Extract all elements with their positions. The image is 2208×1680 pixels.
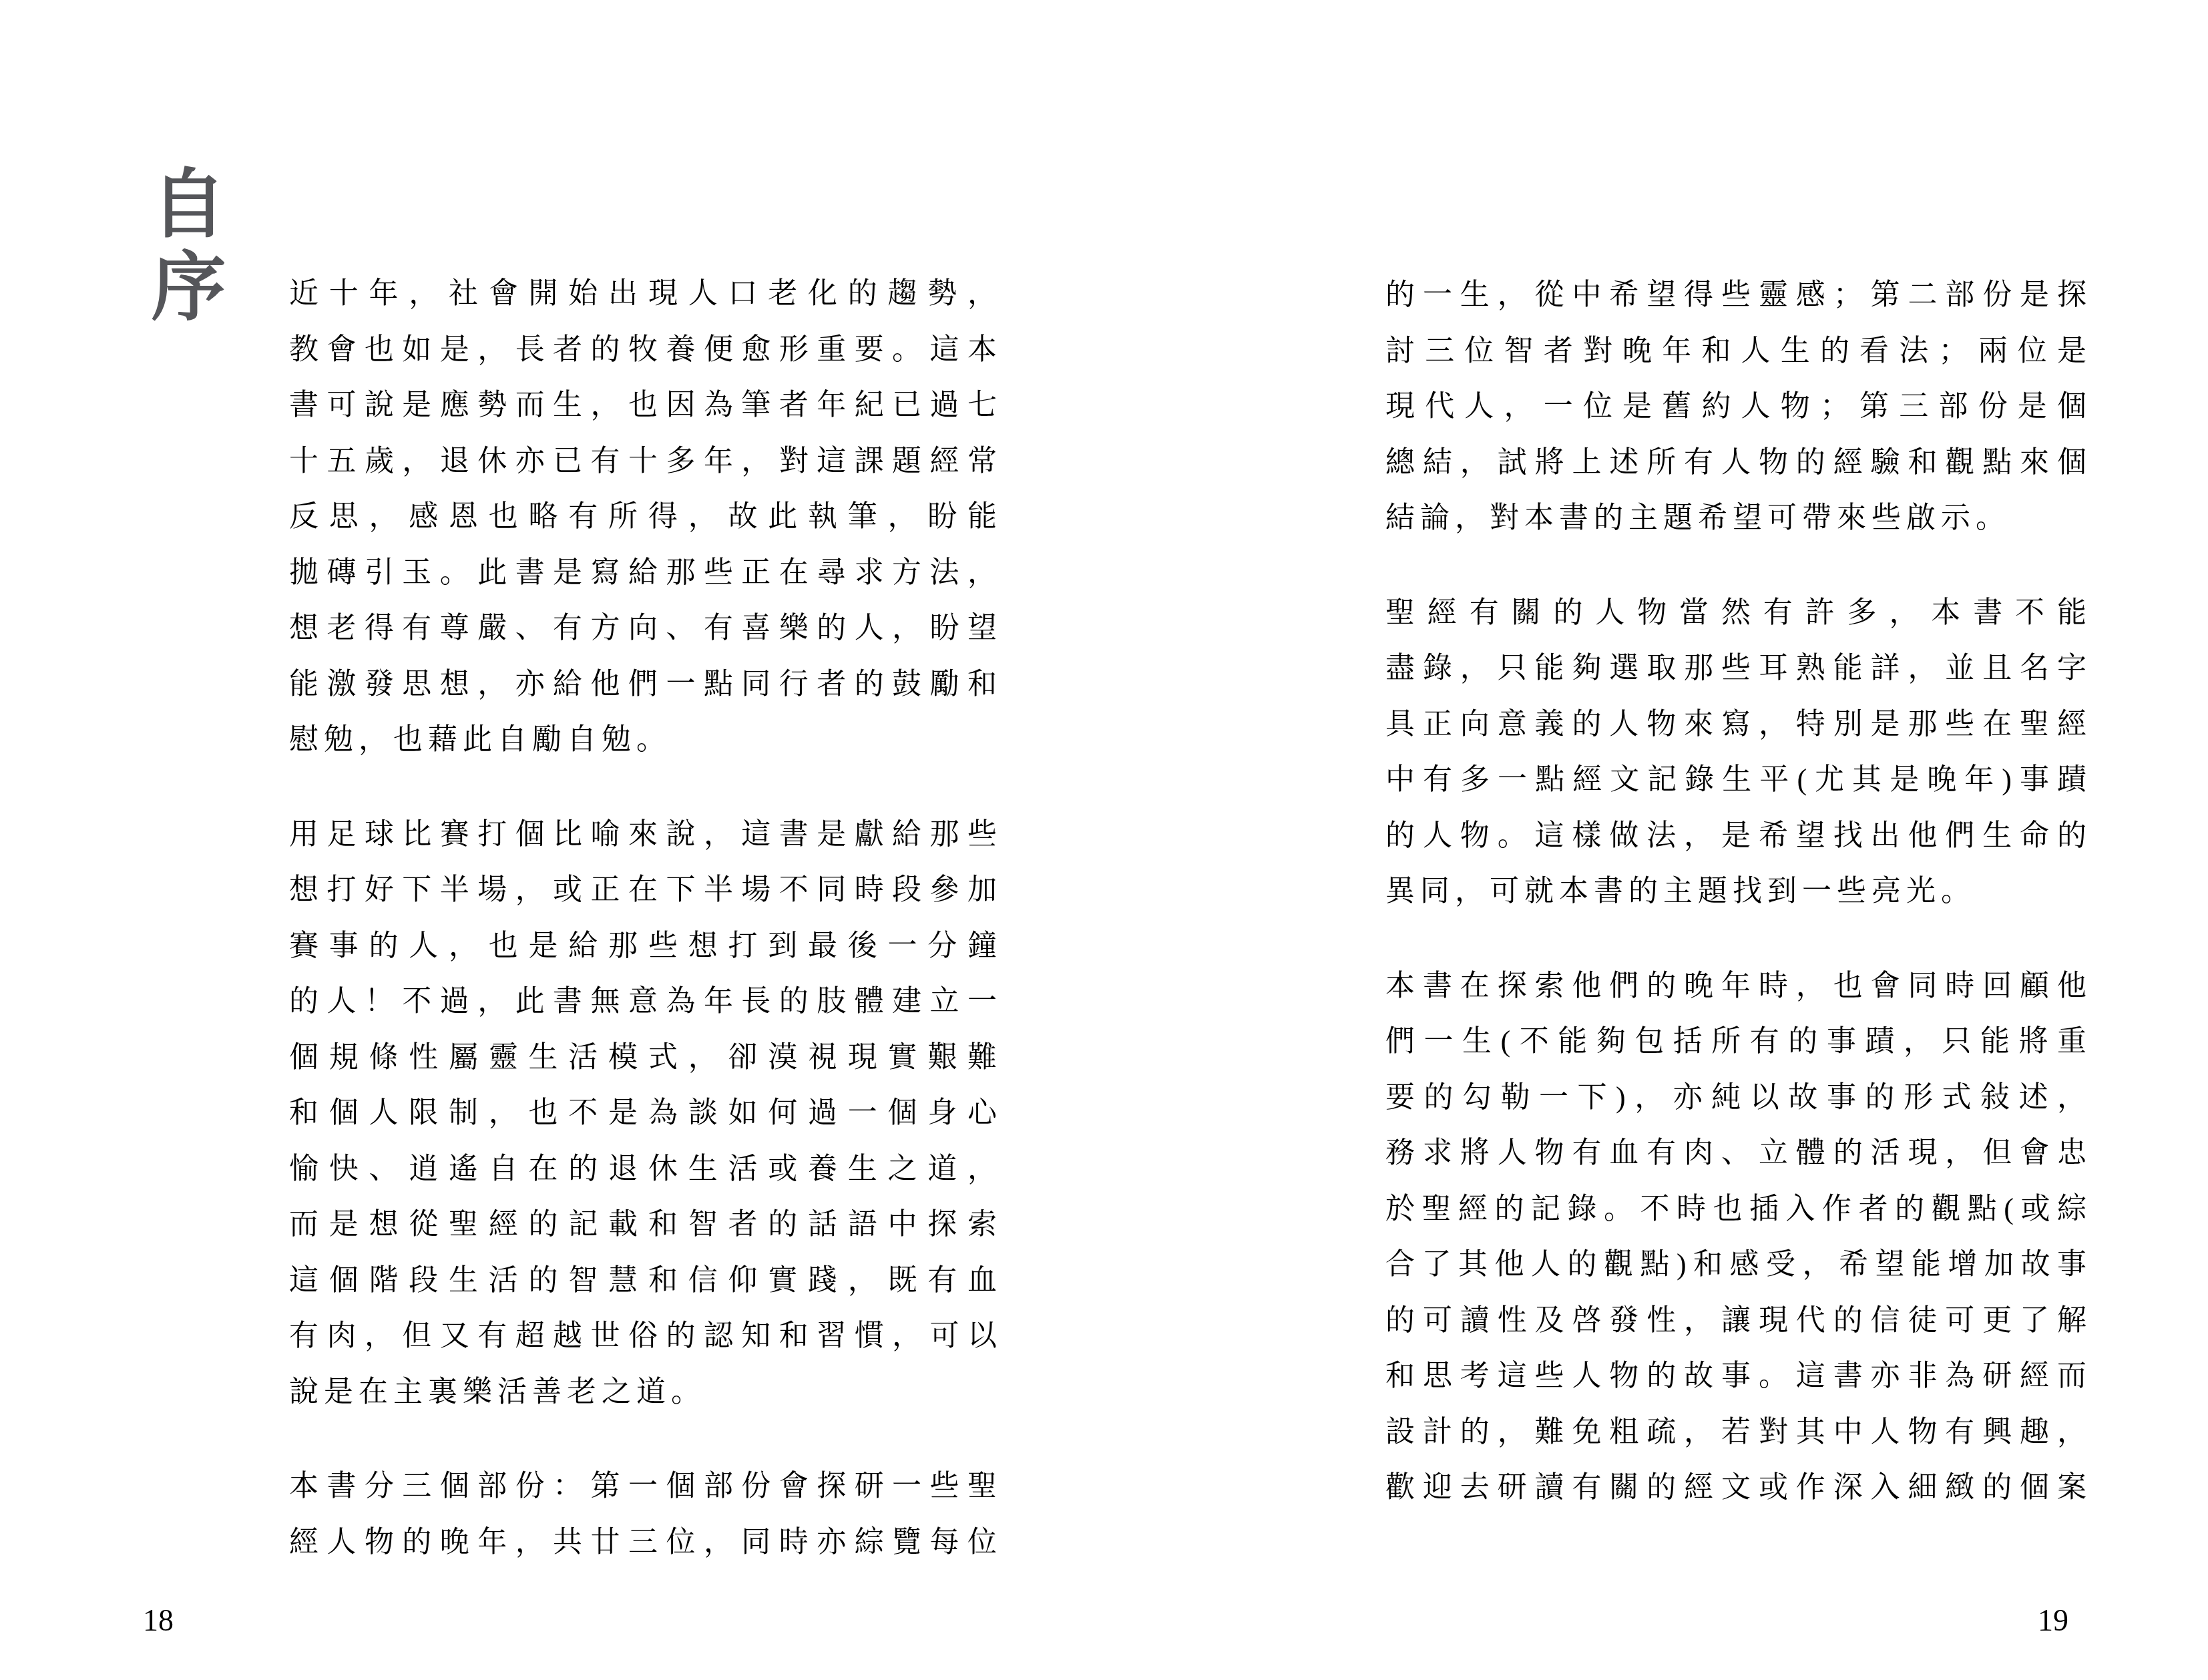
left-page-text-column: 近十年，社會開始出現人口老化的趨勢，教會也如是，長者的牧養便愈形重要。這本書可說… xyxy=(289,266,1002,1570)
paragraph: 本書在探索他們的晚年時，也會同時回顧他們一生(不能夠包括所有的事蹟，只能將重要的… xyxy=(1385,958,2092,1516)
text-line: 現代人，一位是舊約人物；第三部份是個 xyxy=(1385,379,2092,435)
text-line: 異同，可就本書的主題找到一些亮光。 xyxy=(1385,863,2092,919)
book-spread: 自序 近十年，社會開始出現人口老化的趨勢，教會也如是，長者的牧養便愈形重要。這本… xyxy=(0,0,2208,1680)
paragraph: 用足球比賽打個比喻來說，這書是獻給那些想打好下半場，或正在下半場不同時段參加賽事… xyxy=(289,807,1002,1420)
text-line: 用足球比賽打個比喻來說，這書是獻給那些 xyxy=(289,807,1002,863)
text-line: 合了其他人的觀點)和感受，希望能增加故事 xyxy=(1385,1237,2092,1293)
text-line: 中有多一點經文記錄生平(尤其是晚年)事蹟 xyxy=(1385,752,2092,808)
text-line: 的人！不過，此書無意為年長的肢體建立一 xyxy=(289,974,1002,1030)
text-line: 想老得有尊嚴、有方向、有喜樂的人，盼望 xyxy=(289,600,1002,656)
text-line: 歡迎去研讀有關的經文或作深入細緻的個案 xyxy=(1385,1460,2092,1516)
left-page-number: 18 xyxy=(143,1605,174,1636)
text-line: 結論，對本書的主題希望可帶來些啟示。 xyxy=(1385,490,2092,546)
text-line: 的可讀性及啓發性，讓現代的信徒可更了解 xyxy=(1385,1293,2092,1349)
paragraph: 近十年，社會開始出現人口老化的趨勢，教會也如是，長者的牧養便愈形重要。這本書可說… xyxy=(289,266,1002,768)
text-line: 於聖經的記錄。不時也插入作者的觀點(或綜 xyxy=(1385,1181,2092,1237)
paragraph: 聖經有關的人物當然有許多，本書不能盡錄，只能夠選取那些耳熟能詳，並且名字具正向意… xyxy=(1385,585,2092,919)
text-line: 總結，試將上述所有人物的經驗和觀點來個 xyxy=(1385,435,2092,491)
chapter-title: 自序 xyxy=(143,164,220,330)
text-line: 賽事的人，也是給那些想打到最後一分鐘 xyxy=(289,918,1002,974)
paragraph: 的一生，從中希望得些靈感；第二部份是探討三位智者對晚年和人生的看法；兩位是現代人… xyxy=(1385,267,2092,546)
text-line: 和思考這些人物的故事。這書亦非為研經而 xyxy=(1385,1348,2092,1404)
text-line: 要的勾勒一下)，亦純以故事的形式敍述， xyxy=(1385,1070,2092,1126)
text-line: 教會也如是，長者的牧養便愈形重要。這本 xyxy=(289,322,1002,378)
right-page-number: 19 xyxy=(2038,1605,2068,1636)
text-line: 慰勉，也藉此自勵自勉。 xyxy=(289,712,1002,768)
text-line: 個規條性屬靈生活模式，卻漠視現實艱難 xyxy=(289,1030,1002,1086)
text-line: 十五歲，退休亦已有十多年，對這課題經常 xyxy=(289,433,1002,489)
text-line: 說是在主裏樂活善老之道。 xyxy=(289,1364,1002,1420)
text-line: 這個階段生活的智慧和信仰實踐，既有血 xyxy=(289,1253,1002,1309)
text-line: 們一生(不能夠包括所有的事蹟，只能將重 xyxy=(1385,1014,2092,1070)
text-line: 設計的，難免粗疏，若對其中人物有興趣， xyxy=(1385,1404,2092,1460)
text-line: 討三位智者對晚年和人生的看法；兩位是 xyxy=(1385,323,2092,379)
text-line: 經人物的晚年，共廿三位，同時亦綜覽每位 xyxy=(289,1514,1002,1570)
text-line: 的一生，從中希望得些靈感；第二部份是探 xyxy=(1385,267,2092,323)
right-page-text-column: 的一生，從中希望得些靈感；第二部份是探討三位智者對晚年和人生的看法；兩位是現代人… xyxy=(1385,267,2092,1516)
text-line: 能激發思想，亦給他們一點同行者的鼓勵和 xyxy=(289,656,1002,712)
text-line: 本書分三個部份：第一個部份會探研一些聖 xyxy=(289,1458,1002,1514)
text-line: 務求將人物有血有肉、立體的活現，但會忠 xyxy=(1385,1125,2092,1181)
paragraph: 本書分三個部份：第一個部份會探研一些聖經人物的晚年，共廿三位，同時亦綜覽每位 xyxy=(289,1458,1002,1570)
text-line: 具正向意義的人物來寫，特別是那些在聖經 xyxy=(1385,696,2092,753)
text-line: 和個人限制，也不是為談如何過一個身心 xyxy=(289,1085,1002,1141)
text-line: 的人物。這樣做法，是希望找出他們生命的 xyxy=(1385,808,2092,864)
text-line: 近十年，社會開始出現人口老化的趨勢， xyxy=(289,266,1002,322)
text-line: 書可說是應勢而生，也因為筆者年紀已過七 xyxy=(289,377,1002,433)
text-line: 而是想從聖經的記載和智者的話語中探索 xyxy=(289,1197,1002,1253)
text-line: 盡錄，只能夠選取那些耳熟能詳，並且名字 xyxy=(1385,640,2092,696)
text-line: 想打好下半場，或正在下半場不同時段參加 xyxy=(289,862,1002,918)
text-line: 反思，感恩也略有所得，故此執筆，盼能 xyxy=(289,489,1002,545)
text-line: 有肉，但又有超越世俗的認知和習慣，可以 xyxy=(289,1308,1002,1364)
text-line: 聖經有關的人物當然有許多，本書不能 xyxy=(1385,585,2092,641)
text-line: 愉快、逍遙自在的退休生活或養生之道， xyxy=(289,1141,1002,1197)
text-line: 拋磚引玉。此書是寫給那些正在尋求方法， xyxy=(289,545,1002,601)
text-line: 本書在探索他們的晚年時，也會同時回顧他 xyxy=(1385,958,2092,1014)
